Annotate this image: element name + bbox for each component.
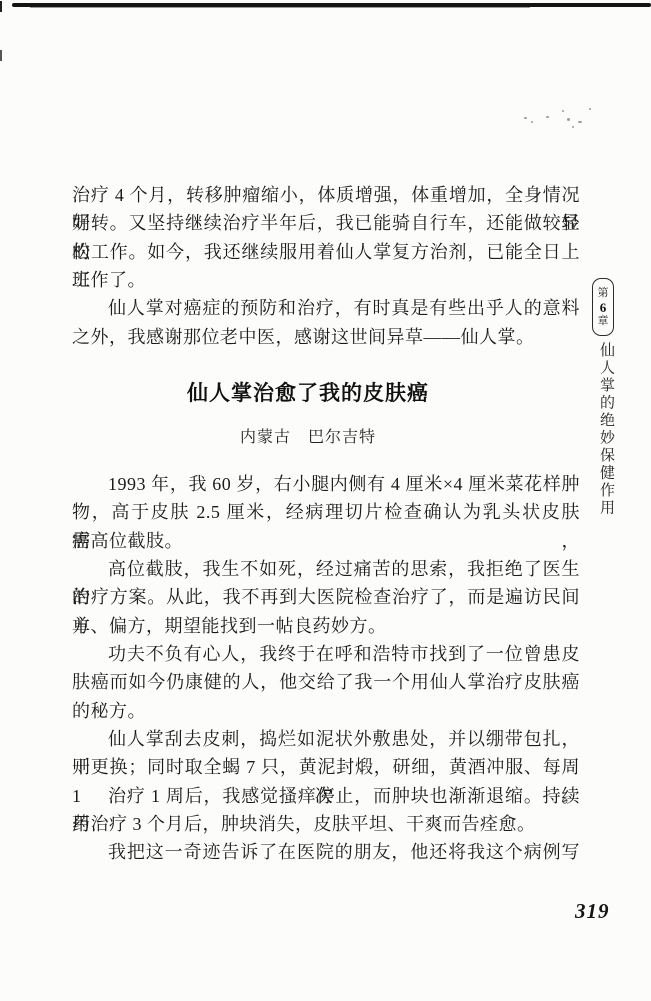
text-line: 的秘方。 <box>72 697 580 725</box>
chapter-number-badge: 第 6 章 <box>592 278 614 336</box>
text-line: 仙人掌刮去皮刺，捣烂如泥状外敷患处，并以绷带包扎，干 <box>72 725 580 753</box>
section-title: 仙人掌治愈了我的皮肤癌 <box>187 381 429 405</box>
scan-speckle <box>531 121 533 123</box>
text-line: 工作了。 <box>72 266 580 294</box>
text-line: 好转。又坚持继续治疗半年后，我已能骑自行车，还能做较轻松 <box>72 209 580 237</box>
scanned-book-page: 治疗 4 个月，转移肿瘤缩小，体质增强，体重增加，全身情况明显好转。又坚持继续治… <box>0 0 651 1001</box>
body-text-main: 1993 年，我 60 岁，右小腿内侧有 4 厘米×4 厘米菜花样肿物，高于皮肤… <box>72 470 580 867</box>
text-line: 则更换；同时取全蝎 7 只，黄泥封煅，研细，黄酒冲服、每周 1 次。 <box>72 753 580 781</box>
text-line: 我把这一奇迹告诉了在医院的朋友，他还将我这个病例写 <box>72 838 580 866</box>
text-line: 之外，我感谢那位老中医，感谢这世间异草——仙人掌。 <box>72 323 580 351</box>
body-text-continuation: 治疗 4 个月，转移肿瘤缩小，体质增强，体重增加，全身情况明显好转。又坚持继续治… <box>72 181 580 351</box>
scan-speckle <box>562 110 564 112</box>
author-byline: 内蒙古 巴尔吉特 <box>240 429 376 446</box>
text-line: 肤癌而如今仍康健的人，他交给了我一个用仙人掌治疗皮肤癌 <box>72 668 580 696</box>
scan-speckle <box>524 117 527 119</box>
text-line: 物，高于皮肤 2.5 厘米，经病理切片检查确认为乳头状皮肤癌， <box>72 498 580 526</box>
text-line: 方、偏方，期望能找到一帖良药妙方。 <box>72 612 580 640</box>
scan-artifact-top-line-thin <box>30 7 530 8</box>
scan-speckle <box>546 116 549 118</box>
scan-speckle <box>578 121 582 123</box>
chapter-number-label: 6 <box>600 301 607 314</box>
chapter-prefix-label: 第 <box>598 287 609 300</box>
page-number: 319 <box>575 899 610 924</box>
text-line: 功夫不负有心人，我终于在呼和浩特市找到了一位曾患皮 <box>72 640 580 668</box>
scan-artifact-edge-mark <box>0 50 2 61</box>
text-line: 治疗方案。从此，我不再到大医院检查治疗了，而是遍访民间单 <box>72 583 580 611</box>
chapter-suffix-label: 章 <box>598 315 609 328</box>
scan-speckle <box>589 108 591 110</box>
text-line: 治疗 1 周后，我感觉搔痒停止，而肿块也渐渐退缩。持续用 <box>72 782 580 810</box>
text-line: 高位截肢，我生不如死，经过痛苦的思索，我拒绝了医生的 <box>72 555 580 583</box>
chapter-title-vertical: 仙人掌的绝妙保健作用 <box>596 342 617 532</box>
text-line: 的工作。如今，我还继续服用着仙人掌复方治剂，已能全日上班 <box>72 238 580 266</box>
text-line: 仙人掌对癌症的预防和治疗，有时真是有些出乎人的意料 <box>72 294 580 322</box>
text-line: 治疗 4 个月，转移肿瘤缩小，体质增强，体重增加，全身情况明显 <box>72 181 580 209</box>
text-line: 药治疗 3 个月后，肿块消失，皮肤平坦、干爽而告痊愈。 <box>72 810 580 838</box>
text-line: 1993 年，我 60 岁，右小腿内侧有 4 厘米×4 厘米菜花样肿 <box>72 470 580 498</box>
scan-artifact-edge-mark <box>0 1 2 12</box>
scan-speckle <box>567 118 570 121</box>
scan-speckle <box>572 126 574 128</box>
